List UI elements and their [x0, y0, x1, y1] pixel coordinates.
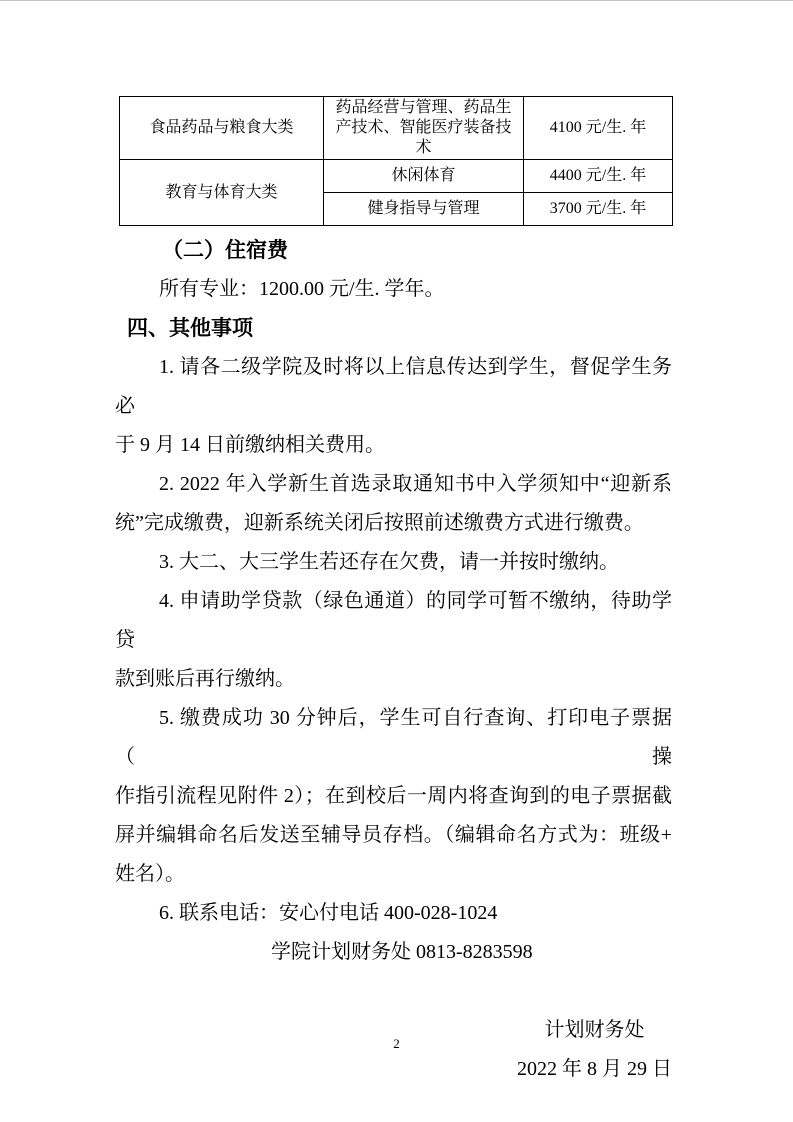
paragraph-line: 3. 大二、大三学生若还存在欠费，请一并按时缴纳。	[115, 543, 672, 582]
fee-major-cell: 休闲体育	[324, 160, 524, 193]
paragraph-line: 4. 申请助学贷款（绿色通道）的同学可暂不缴纳，待助学贷	[115, 582, 672, 660]
fee-major-cell: 药品经营与管理、药品生产技术、智能医疗装备技术	[324, 97, 524, 160]
contact-block: 6. 联系电话：安心付电话 400-028-1024 学院计划财务处 0813-…	[115, 894, 672, 972]
paragraph-line: 于 9 月 14 日前缴纳相关费用。	[115, 426, 672, 465]
paragraph-line: 1. 请各二级学院及时将以上信息传达到学生，督促学生务必	[115, 348, 672, 426]
table-row: 教育与体育大类 休闲体育 4400 元/生. 年	[120, 160, 673, 193]
document-page: 食品药品与粮食大类 药品经营与管理、药品生产技术、智能医疗装备技术 4100 元…	[0, 0, 793, 1122]
fee-table: 食品药品与粮食大类 药品经营与管理、药品生产技术、智能医疗装备技术 4100 元…	[119, 96, 673, 226]
paragraph-line: 2. 2022 年入学新生首选录取通知书中入学须知中“迎新系	[115, 465, 672, 504]
paragraph-line: 姓名）。	[115, 855, 672, 894]
fee-amount-cell: 3700 元/生. 年	[524, 193, 673, 226]
contact-office-line: 学院计划财务处 0813-8283598	[271, 933, 672, 972]
contact-phone-line: 6. 联系电话：安心付电话 400-028-1024	[115, 894, 672, 933]
other-items-heading: 四、其他事项	[115, 309, 672, 348]
paragraphs: 1. 请各二级学院及时将以上信息传达到学生，督促学生务必于 9 月 14 日前缴…	[115, 348, 672, 894]
fee-amount-cell: 4100 元/生. 年	[524, 97, 673, 160]
paragraph-line: 统”完成缴费，迎新系统关闭后按照前述缴费方式进行缴费。	[115, 504, 672, 543]
document-content: 食品药品与粮食大类 药品经营与管理、药品生产技术、智能医疗装备技术 4100 元…	[115, 96, 672, 1089]
signature-date: 2022 年 8 月 29 日	[517, 1050, 672, 1089]
paragraph-line: 5. 缴费成功 30 分钟后，学生可自行查询、打印电子票据（操	[115, 699, 672, 777]
table-row: 食品药品与粮食大类 药品经营与管理、药品生产技术、智能医疗装备技术 4100 元…	[120, 97, 673, 160]
paragraph-line: 屏并编辑命名后发送至辅导员存档。（编辑命名方式为：班级+	[115, 816, 672, 855]
page-number: 2	[0, 1036, 793, 1052]
page-top-edge	[0, 0, 793, 1]
fee-major-cell: 健身指导与管理	[324, 193, 524, 226]
accommodation-fee-text: 所有专业：1200.00 元/生. 学年。	[115, 270, 672, 309]
accommodation-fee-heading: （二）住宿费	[115, 231, 672, 270]
fee-amount-cell: 4400 元/生. 年	[524, 160, 673, 193]
fee-category-cell: 食品药品与粮食大类	[120, 97, 324, 160]
paragraph-line: 作指引流程见附件 2）；在到校后一周内将查询到的电子票据截	[115, 777, 672, 816]
paragraph-line: 款到账后再行缴纳。	[115, 660, 672, 699]
fee-category-cell: 教育与体育大类	[120, 160, 324, 226]
